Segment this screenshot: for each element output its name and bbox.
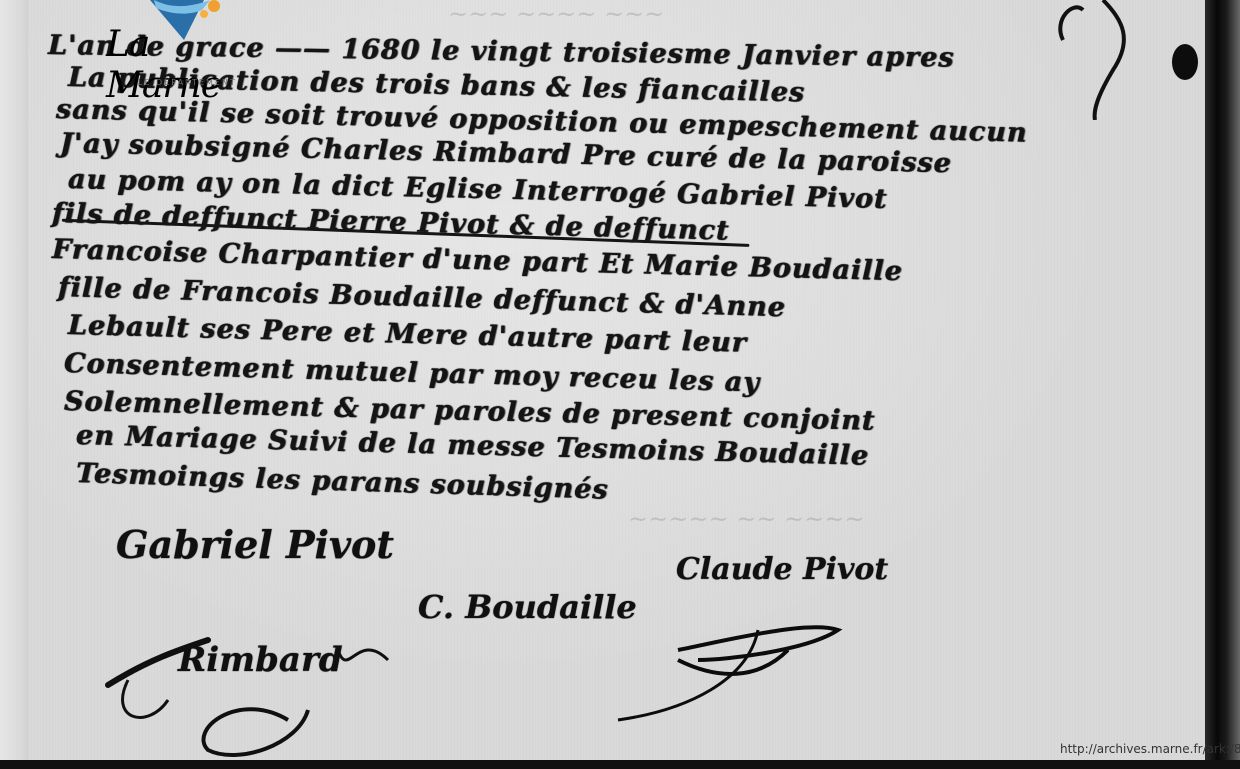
register-page: ~~~ ~~~~ ~~~ ~~~~~ ~~ ~~~~ L'an de grace…: [28, 0, 1218, 760]
viewer-bottom-bar: [0, 760, 1240, 769]
logo-subtitle: LE DÉPARTEMENT: [138, 78, 237, 87]
page-binding-gutter: [1205, 0, 1240, 760]
signature-boudaille: C. Boudaille: [418, 588, 637, 626]
archive-url-watermark: http://archives.marne.fr/ark:/8: [1060, 742, 1240, 756]
ink-blot: [1172, 44, 1198, 80]
signature-flourish-rimbard: [88, 570, 408, 760]
viewer-left-margin: [0, 0, 30, 760]
signature-claude-pivot: Claude Pivot: [676, 552, 888, 587]
document-viewer[interactable]: ~~~ ~~~~ ~~~ ~~~~~ ~~ ~~~~ L'an de grace…: [0, 0, 1240, 760]
bleed-through-text: ~~~~~ ~~ ~~~~: [628, 505, 864, 533]
text-line-13: Tesmoings les parans soubsignés: [76, 458, 609, 506]
logo-text: La Marne: [106, 24, 270, 106]
bleed-through-text: ~~~ ~~~~ ~~~: [448, 0, 664, 28]
signature-gabriel-pivot: Gabriel Pivot: [116, 522, 394, 567]
signature-flourish-paraph: [608, 600, 908, 730]
archives-logo[interactable]: La Marne LE DÉPARTEMENT: [100, 0, 270, 98]
marginal-flourish: [1043, 0, 1153, 120]
